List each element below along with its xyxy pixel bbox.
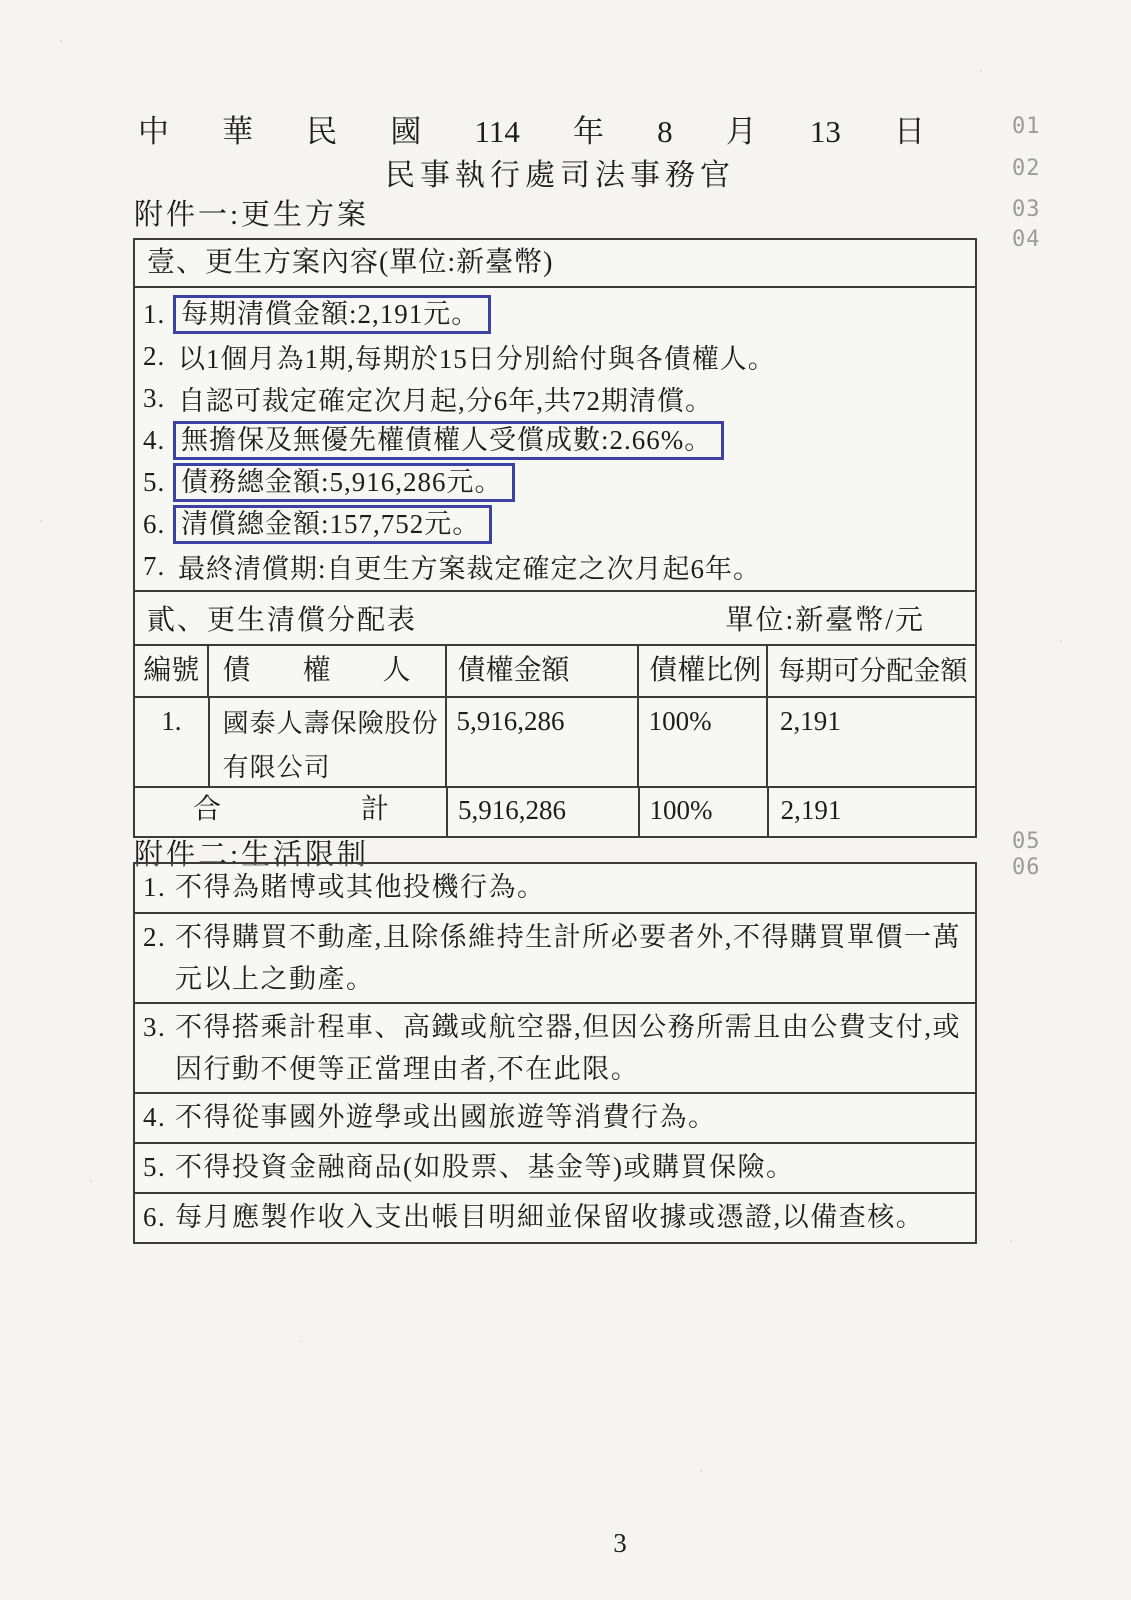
col-header-per-period-amount: 每期可分配金額 (768, 646, 975, 696)
col-header-claim-amount: 債權金額 (447, 646, 639, 696)
margin-line-number: 01 (1012, 114, 1041, 139)
item-text-annotated: 每期清償金額:2,191元。 (173, 295, 491, 334)
item-number: 3. (143, 383, 173, 414)
item-text: 每月應製作收入支出帳目明細並保留收據或憑證,以備查核。 (175, 1196, 963, 1240)
plan-item-3: 3. 自認可裁定確定次月起,分6年,共72期清償。 (143, 377, 967, 419)
plan-items: 1. 每期清償金額:2,191元。 2. 以1個月為1期,每期於15日分別給付與… (135, 288, 975, 590)
scan-noise (0, 0, 2, 2)
item-number: 2. (143, 341, 173, 372)
total-label-cell: 合計 (135, 788, 448, 836)
plan-item-4: 4. 無擔保及無優先權債權人受償成數:2.66%。 (143, 419, 967, 461)
margin-line-number: 03 (1012, 197, 1041, 222)
row-number-cell: 1. (135, 698, 210, 786)
page-number: 3 (560, 1528, 680, 1559)
col-header-creditor: 債權人 (209, 646, 447, 696)
rehabilitation-plan-table: 壹、更生方案內容(單位:新臺幣) 1. 每期清償金額:2,191元。 2. 以1… (133, 238, 977, 838)
item-text-annotated: 無擔保及無優先權債權人受償成數:2.66%。 (173, 421, 724, 460)
item-text: 不得購買不動產,且除係維持生計所必要者外,不得購買單價一萬元以上之動產。 (175, 916, 963, 1000)
creditor-table-header-row: 編號 債權人 債權金額 債權比例 每期可分配金額 (135, 644, 975, 696)
item-number: 4. (143, 425, 173, 456)
restriction-item-3: 3. 不得搭乘計程車、高鐵或航空器,但因公務所需且由公費支付,或因行動不便等正當… (135, 1004, 975, 1094)
creditor-name-cell: 國泰人壽保險股份有限公司 (210, 698, 447, 786)
date-char: 中 (138, 106, 169, 151)
item-number: 3. (143, 1006, 175, 1090)
item-number: 1. (143, 866, 175, 910)
margin-line-number: 06 (1012, 855, 1041, 880)
date-char: 年 (573, 106, 604, 151)
item-number: 7. (143, 551, 173, 582)
creditor-table-total-row: 合計 5,916,286 100% 2,191 (135, 786, 975, 836)
item-text: 最終清償期:自更生方案裁定確定之次月起6年。 (173, 547, 761, 586)
unit-label: 單位:新臺幣/元 (725, 598, 925, 638)
roc-date-line: 中 華 民 國 114 年 8 月 13 日 (138, 106, 925, 151)
col-header-claim-ratio: 債權比例 (639, 646, 768, 696)
creditor-table-row: 1. 國泰人壽保險股份有限公司 5,916,286 100% 2,191 (135, 696, 975, 786)
item-number: 5. (143, 1146, 175, 1190)
restriction-item-2: 2. 不得購買不動產,且除係維持生計所必要者外,不得購買單價一萬元以上之動產。 (135, 914, 975, 1004)
item-number: 4. (143, 1096, 175, 1140)
plan-content-heading: 壹、更生方案內容(單位:新臺幣) (135, 240, 975, 288)
restriction-item-4: 4. 不得從事國外遊學或出國旅遊等消費行為。 (135, 1094, 975, 1144)
date-char: 民 (306, 106, 337, 151)
scanned-court-document-page: 中 華 民 國 114 年 8 月 13 日 民事執行處司法事務官 01 02 … (0, 0, 1131, 1600)
plan-item-2: 2. 以1個月為1期,每期於15日分別給付與各債權人。 (143, 335, 967, 377)
date-char: 國 (390, 106, 421, 151)
restriction-item-1: 1. 不得為賭博或其他投機行為。 (135, 864, 975, 914)
distribution-table-heading-row: 貳、更生清償分配表 單位:新臺幣/元 (135, 590, 975, 644)
restriction-item-5: 5. 不得投資金融商品(如股票、基金等)或購買保險。 (135, 1144, 975, 1194)
attachment1-title: 附件一:更生方案 (134, 192, 369, 233)
living-restrictions-table: 1. 不得為賭博或其他投機行為。 2. 不得購買不動產,且除係維持生計所必要者外… (133, 862, 977, 1244)
item-number: 6. (143, 1196, 175, 1240)
date-month: 8 (657, 114, 673, 150)
item-number: 2. (143, 916, 175, 1000)
date-char: 月 (726, 106, 757, 151)
item-number: 1. (143, 299, 173, 330)
item-text: 不得投資金融商品(如股票、基金等)或購買保險。 (175, 1146, 963, 1190)
margin-line-number: 04 (1012, 227, 1041, 252)
item-text: 自認可裁定確定次月起,分6年,共72期清償。 (173, 379, 713, 418)
item-text-annotated: 債務總金額:5,916,286元。 (173, 463, 515, 502)
item-number: 5. (143, 467, 173, 498)
total-per-period-cell: 2,191 (769, 788, 975, 836)
item-text: 不得為賭博或其他投機行為。 (175, 866, 963, 910)
plan-item-6: 6. 清償總金額:157,752元。 (143, 503, 967, 545)
item-text-annotated: 清償總金額:157,752元。 (173, 505, 492, 544)
restriction-item-6: 6. 每月應製作收入支出帳目明細並保留收據或憑證,以備查核。 (135, 1194, 975, 1242)
issuing-officer-title: 民事執行處司法事務官 (260, 150, 860, 194)
margin-line-number: 02 (1012, 156, 1041, 181)
item-text: 不得搭乘計程車、高鐵或航空器,但因公務所需且由公費支付,或因行動不便等正當理由者… (175, 1006, 963, 1090)
col-header-no: 編號 (135, 646, 209, 696)
date-char: 日 (894, 106, 925, 151)
plan-item-1: 1. 每期清償金額:2,191元。 (143, 293, 967, 335)
date-year: 114 (475, 114, 520, 150)
distribution-heading: 貳、更生清償分配表 (147, 598, 417, 638)
plan-item-5: 5. 債務總金額:5,916,286元。 (143, 461, 967, 503)
total-claim-amount-cell: 5,916,286 (448, 788, 640, 836)
item-text: 以1個月為1期,每期於15日分別給付與各債權人。 (173, 337, 776, 376)
item-number: 6. (143, 509, 173, 540)
plan-item-7: 7. 最終清償期:自更生方案裁定確定之次月起6年。 (143, 545, 967, 587)
date-day: 13 (810, 114, 841, 150)
item-text: 不得從事國外遊學或出國旅遊等消費行為。 (175, 1096, 963, 1140)
date-char: 華 (222, 106, 253, 151)
total-claim-ratio-cell: 100% (640, 788, 769, 836)
margin-line-number: 05 (1012, 829, 1041, 854)
per-period-amount-cell: 2,191 (768, 698, 975, 786)
claim-ratio-cell: 100% (639, 698, 768, 786)
claim-amount-cell: 5,916,286 (447, 698, 639, 786)
